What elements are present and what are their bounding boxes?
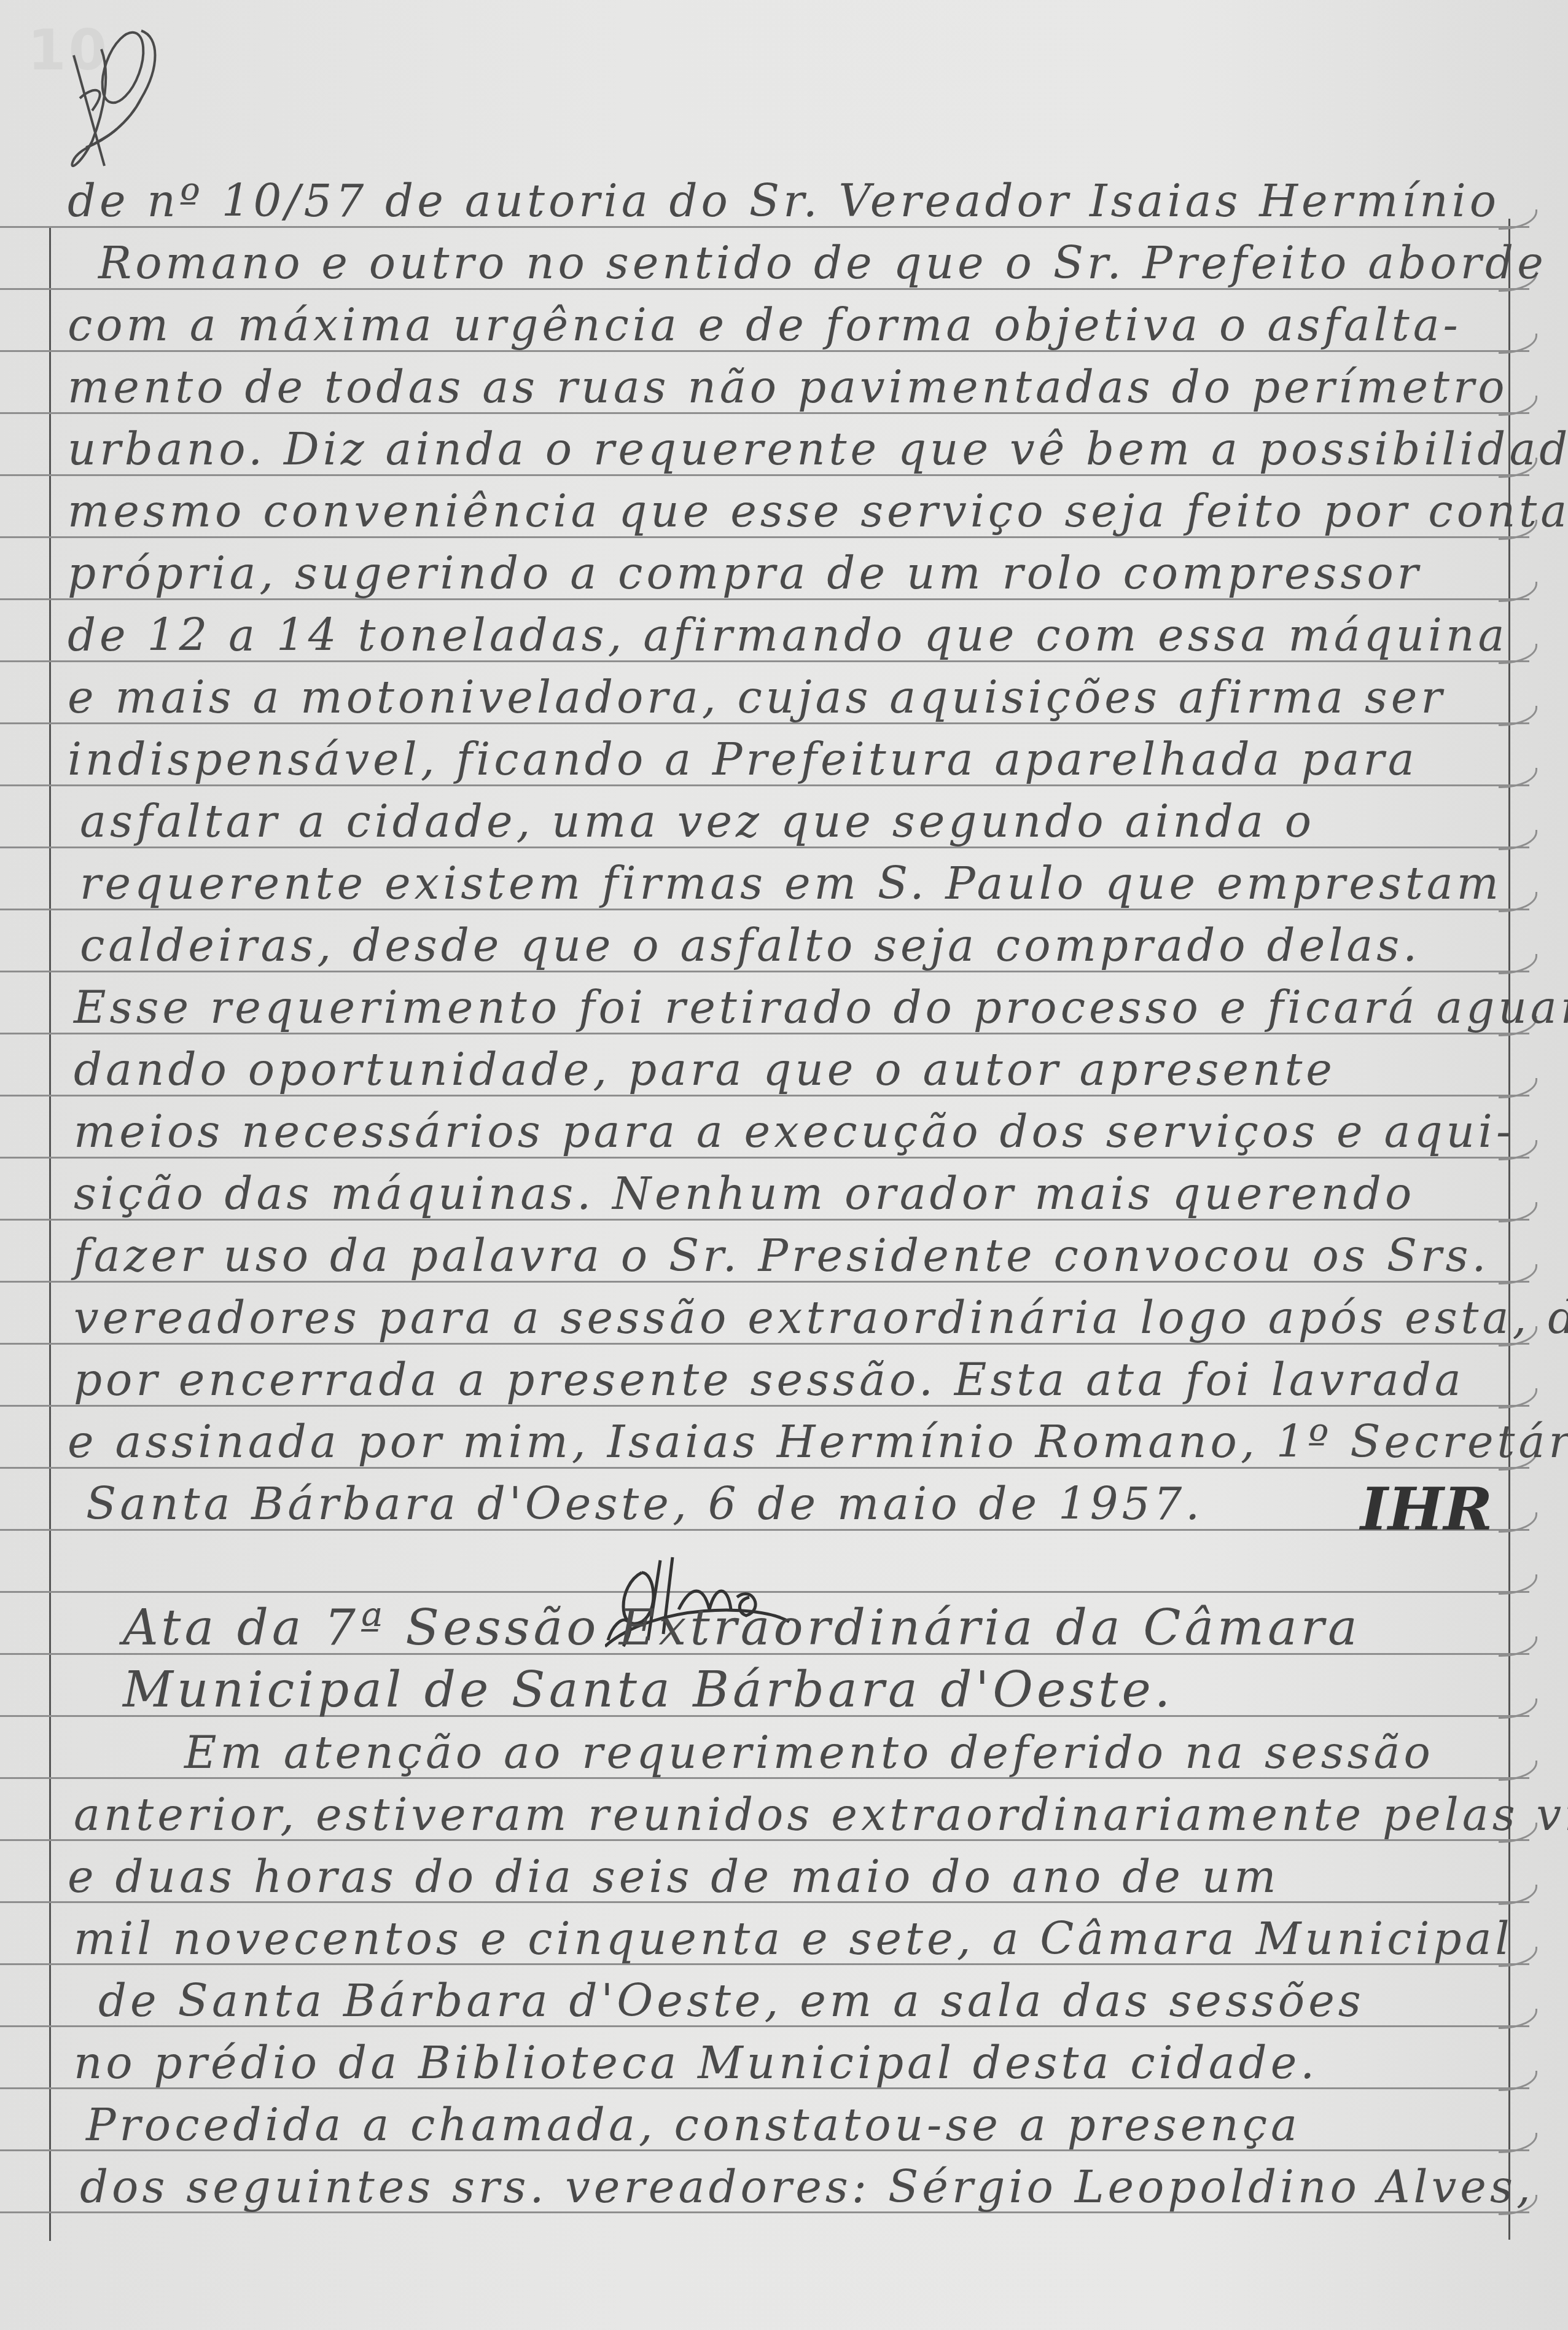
entry-title-line-1: Ata da 7ª Sessão Extraordinária da Câmar… [123, 1600, 1529, 1656]
text-line: Esse requerimento foi retirado do proces… [74, 980, 1480, 1035]
text-line: fazer uso da palavra o Sr. Presidente co… [74, 1228, 1480, 1283]
text-line: de 12 a 14 toneladas, afirmando que com … [68, 608, 1474, 663]
text-line: de Santa Bárbara d'Oeste, em a sala das … [98, 1973, 1505, 2028]
text-line: sição das máquinas. Nenhum orador mais q… [74, 1166, 1480, 1221]
text-line: Em atenção ao requerimento deferido na s… [184, 1725, 1568, 1780]
text-line: urbano. Diz ainda o requerente que vê be… [68, 421, 1474, 477]
entry-title-line-2: Municipal de Santa Bárbara d'Oeste. [123, 1662, 1529, 1718]
text-line: indispensável, ficando a Prefeitura apar… [68, 732, 1474, 787]
text-line: mesmo conveniência que esse serviço seja… [68, 483, 1474, 539]
text-line: por encerrada a presente sessão. Esta at… [74, 1352, 1480, 1407]
text-line: e duas horas do dia seis de maio do ano … [68, 1849, 1474, 1904]
left-margin-line [49, 226, 51, 2241]
text-line: requerente existem firmas em S. Paulo qu… [80, 856, 1486, 911]
text-line: com a máxima urgência e de forma objetiv… [68, 297, 1474, 353]
text-line: Romano e outro no sentido de que o Sr. P… [98, 235, 1505, 291]
ledger-page: 10 de nº 10/57 de autoria do Sr. [0, 0, 1568, 2330]
text-line: vereadores para a sessão extraordinária … [74, 1290, 1480, 1345]
text-line: própria, sugerindo a compra de um rolo c… [68, 545, 1474, 601]
text-line: mil novecentos e cinquenta e sete, a Câm… [74, 1911, 1480, 1966]
text-line: meios necessários para a execução dos se… [74, 1104, 1480, 1159]
text-line: anterior, estiveram reunidos extraordina… [74, 1787, 1480, 1842]
closing-initials: IHR [1360, 1474, 1492, 1544]
text-line: dos seguintes srs. vereadores: Sérgio Le… [80, 2159, 1486, 2215]
text-line: no prédio da Biblioteca Municipal desta … [74, 2035, 1480, 2090]
text-line: dando oportunidade, para que o autor apr… [74, 1042, 1480, 1097]
text-line: caldeiras, desde que o asfalto seja comp… [80, 918, 1486, 973]
text-line: e assinada por mim, Isaias Hermínio Roma… [68, 1414, 1474, 1469]
text-line: mento de todas as ruas não pavimentadas … [68, 359, 1474, 415]
text-line: Procedida a chamada, constatou-se a pres… [86, 2097, 1492, 2152]
rubric-signature-icon [68, 18, 166, 172]
text-line: e mais a motoniveladora, cujas aquisiçõe… [68, 670, 1474, 725]
text-line: asfaltar a cidade, uma vez que segundo a… [80, 794, 1486, 849]
date-line: Santa Bárbara d'Oeste, 6 de maio de 1957… [86, 1476, 1492, 1531]
text-line: de nº 10/57 de autoria do Sr. Vereador I… [68, 173, 1474, 229]
